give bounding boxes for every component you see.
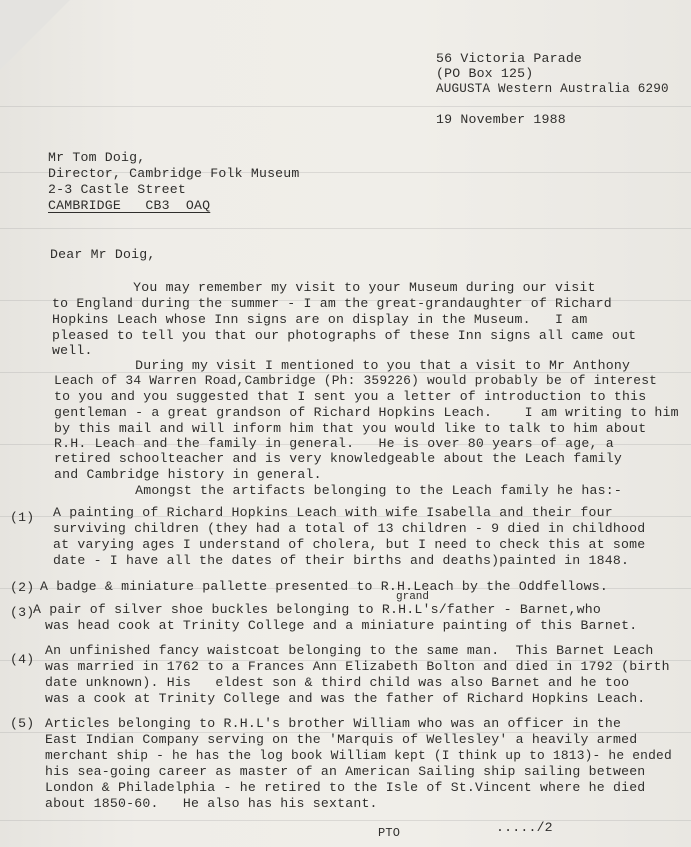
pto-marker: PTO [378, 826, 400, 841]
folded-corner [0, 0, 70, 70]
recipient-street: 2-3 Castle Street [48, 182, 186, 197]
letter-page: 56 Victoria Parade (PO Box 125) AUGUSTA … [0, 0, 691, 847]
item-1-line: surviving children (they had a total of … [53, 521, 645, 536]
paragraph-2-line: R.H. Leach and the family in general. He… [54, 436, 614, 451]
letter-date: 19 November 1988 [436, 112, 566, 127]
item-5-line: merchant ship - he has the log book Will… [45, 748, 672, 763]
item-5-line: about 1850-60. He also has his sextant. [45, 796, 378, 811]
ruled-line [0, 228, 691, 229]
item-1-line: at varying ages I understand of cholera,… [53, 537, 645, 552]
recipient-name: Mr Tom Doig, [48, 150, 145, 165]
paragraph-1-line: well. [52, 343, 93, 358]
item-2-number: (2) [10, 580, 34, 595]
paragraph-1-line: to England during the summer - I am the … [52, 296, 612, 311]
paragraph-1-line: Hopkins Leach whose Inn signs are on dis… [52, 312, 588, 327]
paragraph-2-line: by this mail and will inform him that yo… [54, 421, 646, 436]
item-4-line: date unknown). His eldest son & third ch… [45, 675, 629, 690]
item-3-number: (3) [10, 605, 34, 620]
paragraph-1-line: You may remember my visit to your Museum… [52, 280, 596, 295]
item-5-line: London & Philadelphia - he retired to th… [45, 780, 645, 795]
sender-address-line2: (PO Box 125) [436, 66, 533, 81]
paragraph-2-line: retired schoolteacher and is very knowle… [54, 451, 622, 466]
item-1-number: (1) [10, 510, 34, 525]
recipient-title: Director, Cambridge Folk Museum [48, 166, 300, 181]
page-continuation-marker: ...../2 [496, 820, 553, 835]
paragraph-2-line: to you and you suggested that I sent you… [54, 389, 646, 404]
item-2-line: A badge & miniature pallette presented t… [40, 579, 608, 594]
item-5-number: (5) [10, 716, 34, 731]
item-4-line: An unfinished fancy waistcoat belonging … [45, 643, 654, 658]
item-5-line: Articles belonging to R.H.L's brother Wi… [45, 716, 621, 731]
paragraph-2-line: During my visit I mentioned to you that … [54, 358, 630, 373]
sender-address-line1: 56 Victoria Parade [436, 51, 582, 66]
paragraph-2-line: gentleman - a great grandson of Richard … [54, 405, 679, 420]
paragraph-2-line: and Cambridge history in general. [54, 467, 322, 482]
ruled-line [0, 820, 691, 821]
item-5-line: East Indian Company serving on the 'Marq… [45, 732, 637, 747]
item-1-line: date - I have all the dates of their bir… [53, 553, 629, 568]
sender-address-line3: AUGUSTA Western Australia 6290 [436, 82, 669, 97]
item-4-line: was a cook at Trinity College and was th… [45, 691, 645, 706]
item-3-line: A pair of silver shoe buckles belonging … [33, 602, 601, 617]
ruled-line [0, 106, 691, 107]
item-3-line: was head cook at Trinity College and a m… [45, 618, 637, 633]
item-1-line: A painting of Richard Hopkins Leach with… [53, 505, 613, 520]
paragraph-1-line: pleased to tell you that our photographs… [52, 328, 636, 343]
recipient-city: CAMBRIDGE CB3 OAQ [48, 198, 210, 213]
item-5-line: his sea-going career as master of an Ame… [45, 764, 645, 779]
salutation: Dear Mr Doig, [50, 247, 155, 262]
item-4-number: (4) [10, 652, 34, 667]
paragraph-2-line: Leach of 34 Warren Road,Cambridge (Ph: 3… [54, 373, 657, 388]
paragraph-3: Amongst the artifacts belonging to the L… [54, 483, 622, 498]
item-4-line: was married in 1762 to a Frances Ann Eli… [45, 659, 670, 674]
